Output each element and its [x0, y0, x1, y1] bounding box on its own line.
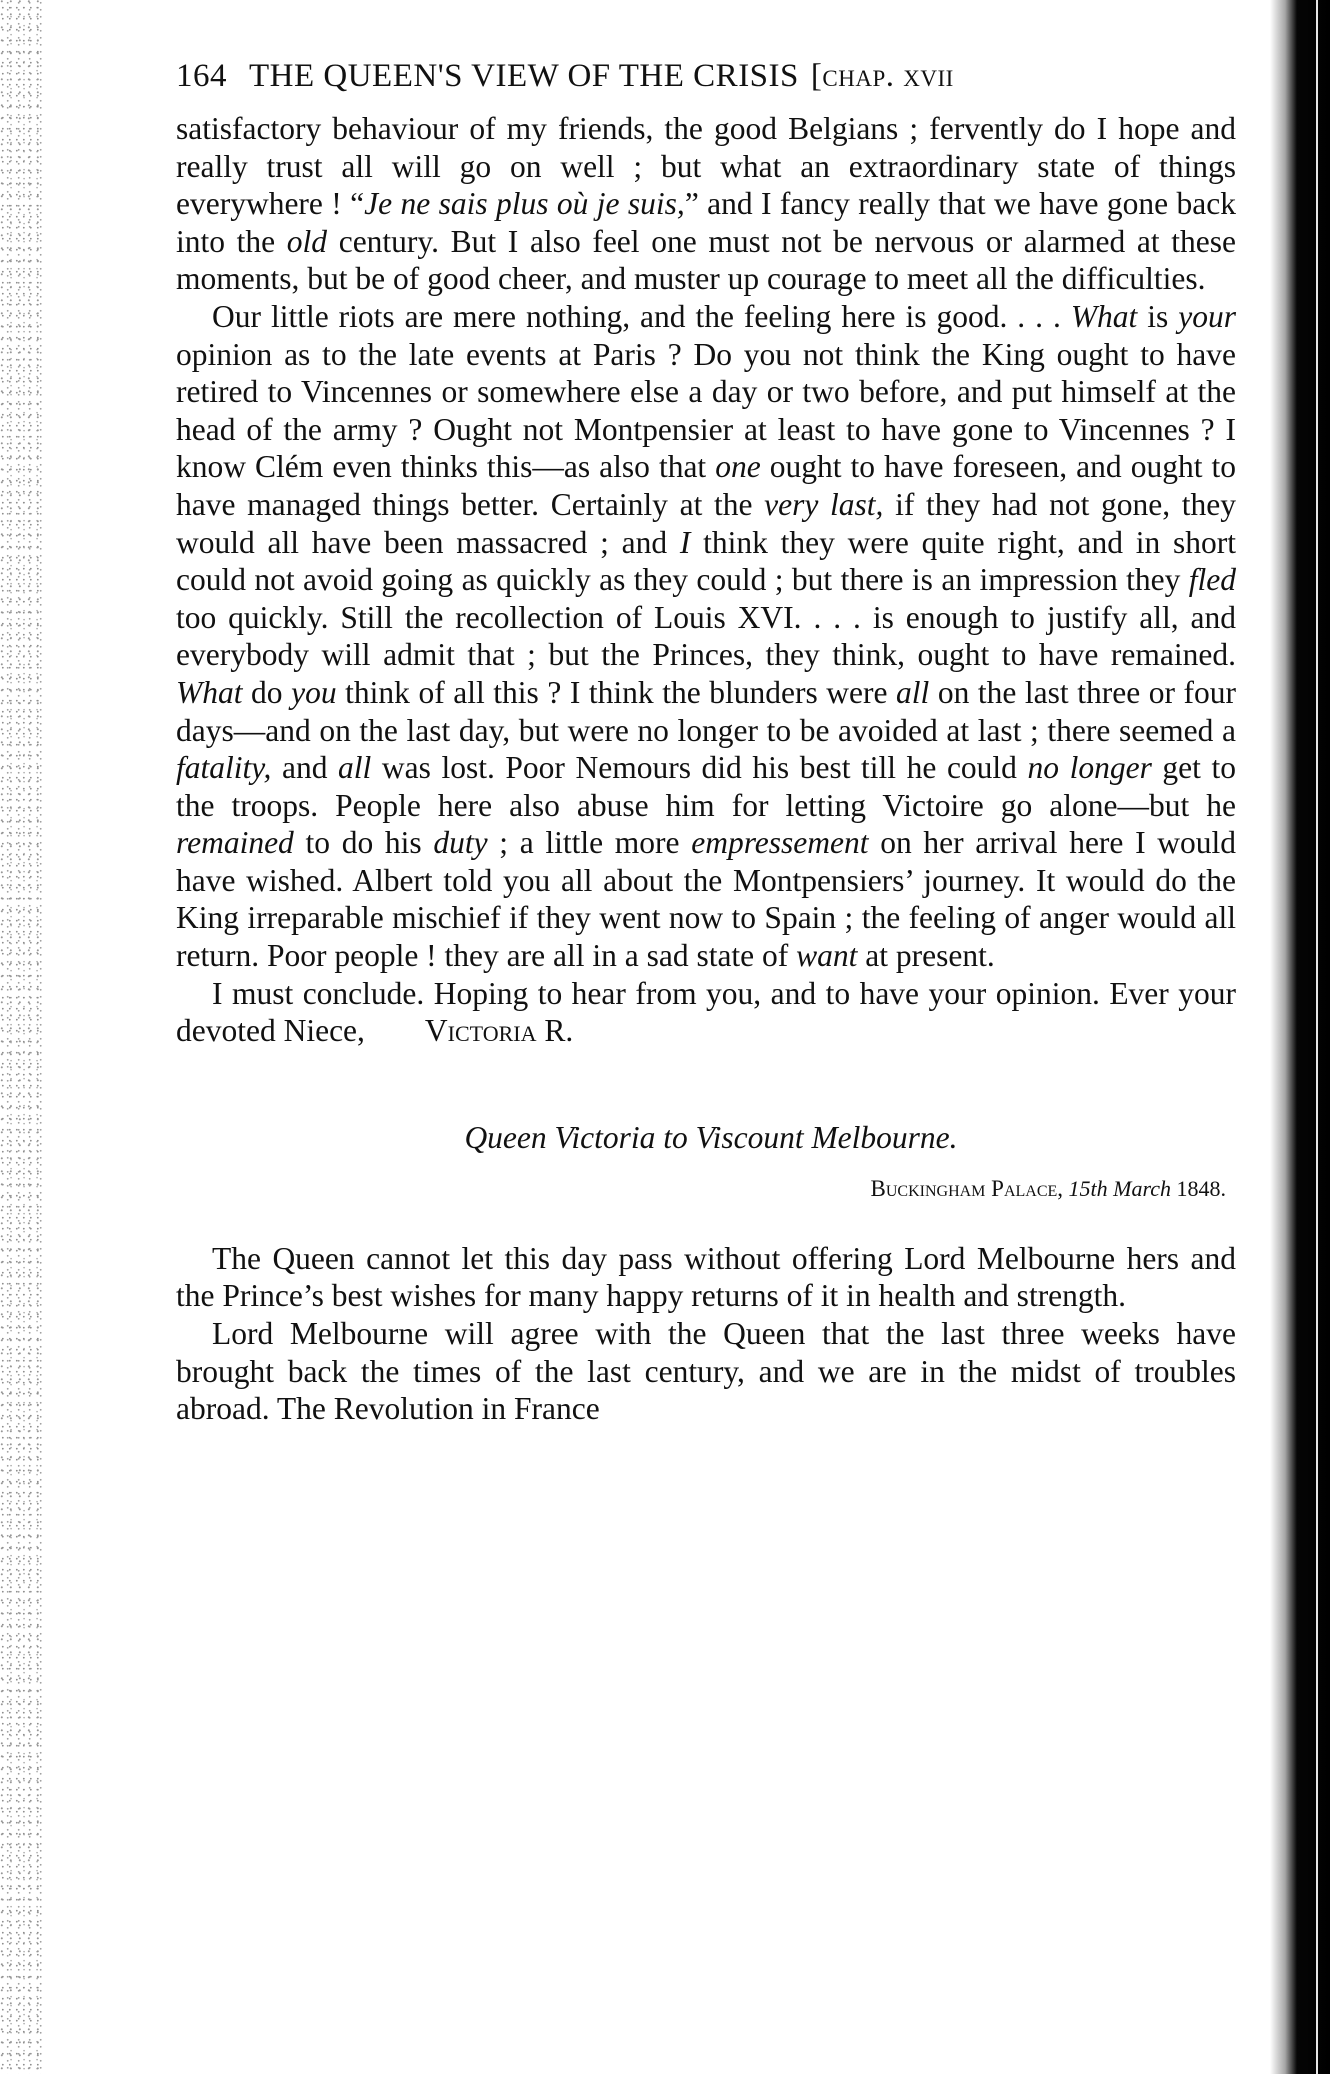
text-run: at present.: [857, 938, 994, 973]
running-title: THE QUEEN'S VIEW OF THE CRISIS: [249, 58, 799, 95]
paragraph: The Queen cannot let this day pass witho…: [176, 1240, 1236, 1315]
page-number: 164: [176, 58, 227, 95]
dateline-place: Buckingham Palace,: [871, 1176, 1064, 1201]
italic-text: all: [338, 750, 371, 785]
italic-text: old: [287, 224, 327, 259]
paragraph: Our little riots are mere nothing, and t…: [176, 298, 1236, 975]
italic-text: fled: [1189, 562, 1236, 597]
paragraph: Lord Melbourne will agree with the Queen…: [176, 1315, 1236, 1428]
text-run: to do his: [294, 825, 434, 860]
running-header: 164 THE QUEEN'S VIEW OF THE CRISIS [chap…: [176, 58, 1236, 110]
text-run: and: [271, 750, 338, 785]
italic-text: remained: [176, 825, 294, 860]
italic-text: What: [1071, 299, 1138, 334]
closing-paragraph: I must conclude. Hoping to hear from you…: [176, 975, 1236, 1050]
italic-text: Je ne sais plus où je suis,: [364, 186, 685, 221]
italic-text: I: [680, 525, 691, 560]
text-run: think of all this ? I think the blunders…: [337, 675, 896, 710]
italic-text: all: [896, 675, 929, 710]
italic-text: empressement: [691, 825, 868, 860]
letter-heading: Queen Victoria to Viscount Melbourne.: [176, 1120, 1236, 1156]
italic-text: fatality,: [176, 750, 271, 785]
text-run: I must conclude. Hoping to hear from you…: [176, 976, 1236, 1049]
text-run: Our little riots are mere nothing, and t…: [212, 299, 1071, 334]
dateline-month: March: [1113, 1176, 1171, 1201]
dateline-year: 1848.: [1177, 1176, 1227, 1201]
text-run: too quickly. Still the recollection of L…: [176, 600, 1236, 673]
text-run: do: [243, 675, 292, 710]
italic-text: very last,: [764, 487, 883, 522]
paragraph: satisfactory behaviour of my friends, th…: [176, 110, 1236, 298]
dateline-day: 15th: [1069, 1176, 1108, 1201]
italic-text: want: [796, 938, 857, 973]
italic-text: your: [1178, 299, 1236, 334]
text-run: ; a little more: [488, 825, 692, 860]
signature: Victoria R.: [425, 1013, 573, 1048]
text-run: is: [1137, 299, 1178, 334]
italic-text: no longer: [1028, 750, 1152, 785]
text-run: Lord Melbourne will agree with the Queen…: [176, 1316, 1236, 1426]
chapter-label: [chap. xvii: [811, 58, 954, 95]
italic-text: duty: [433, 825, 487, 860]
text-run: century. But I also feel one must not be…: [176, 224, 1236, 297]
italic-text: one: [715, 449, 760, 484]
text-run: The Queen cannot let this day pass witho…: [176, 1241, 1236, 1314]
book-page: 164 THE QUEEN'S VIEW OF THE CRISIS [chap…: [176, 58, 1236, 1428]
text-run: was lost. Poor Nemours did his best till…: [371, 750, 1027, 785]
scan-margin-noise: [0, 0, 42, 2074]
letter-to-melbourne: The Queen cannot let this day pass witho…: [176, 1240, 1236, 1428]
dateline: Buckingham Palace, 15th March 1848.: [176, 1176, 1236, 1202]
italic-text: What: [176, 675, 243, 710]
letter-to-leopold: satisfactory behaviour of my friends, th…: [176, 110, 1236, 1050]
book-binding-edge: [1270, 0, 1330, 2074]
italic-text: you: [291, 675, 336, 710]
